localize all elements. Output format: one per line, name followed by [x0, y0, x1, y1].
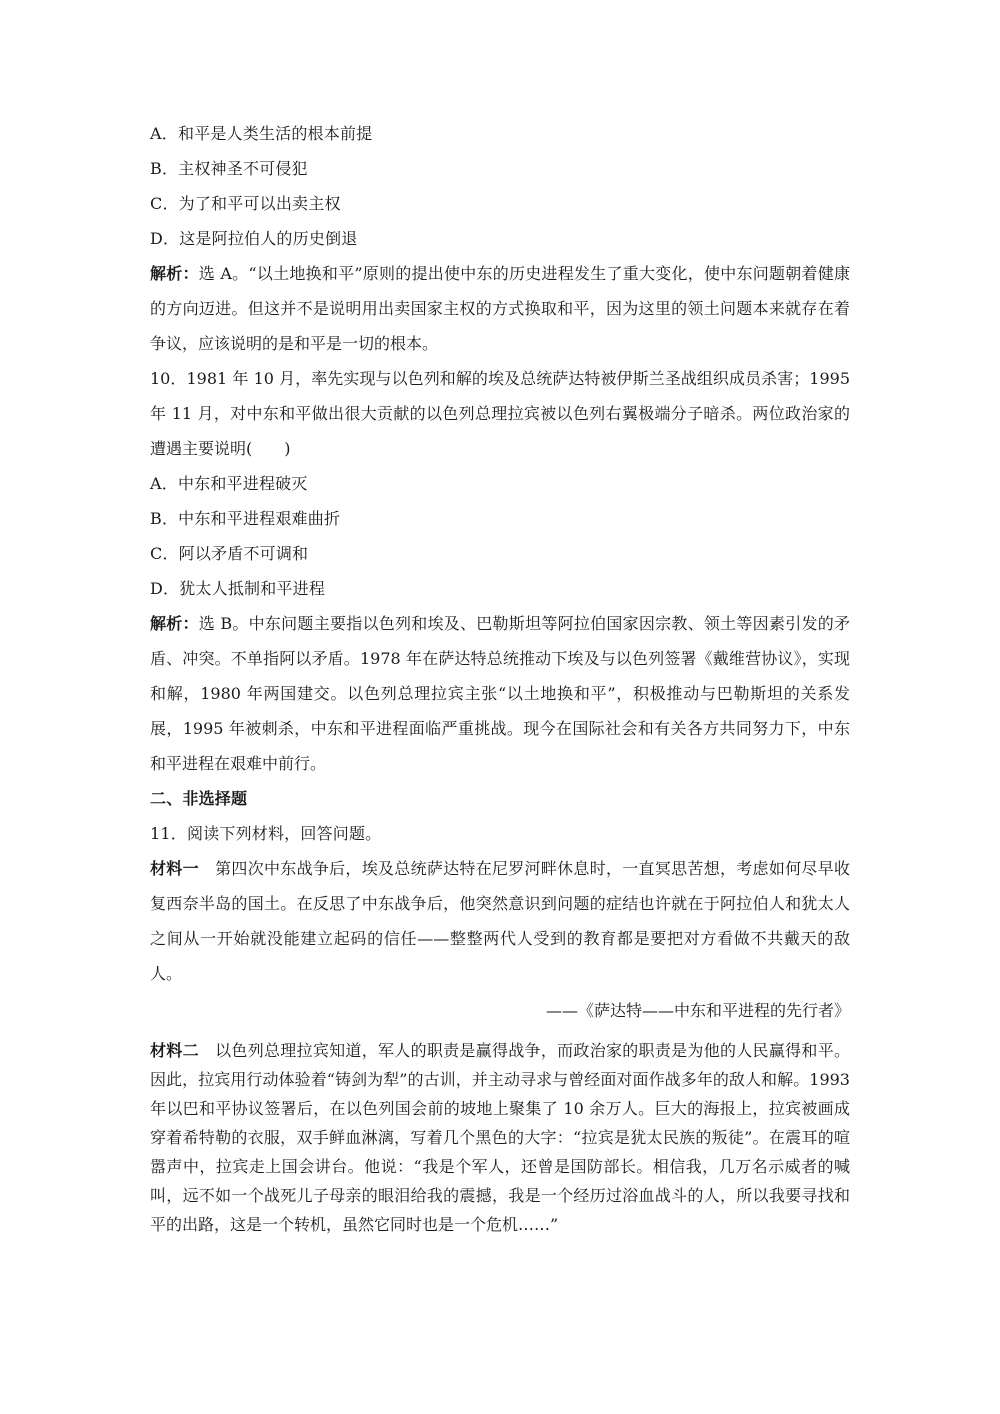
analysis-text: 选 B。中东问题主要指以色列和埃及、巴勒斯坦等阿拉伯国家因宗教、领土等因素引发的…: [150, 614, 850, 773]
material-2-label: 材料二: [150, 1041, 199, 1060]
question-9-analysis: 解析：选 A。“以土地换和平”原则的提出使中东的历史进程发生了重大变化，使中东问…: [150, 256, 850, 361]
option-d: D．犹太人抵制和平进程: [150, 571, 850, 606]
document-page: A．和平是人类生活的根本前提 B．主权神圣不可侵犯 C．为了和平可以出卖主权 D…: [150, 116, 850, 1239]
question-10-options: A．中东和平进程破灭 B．中东和平进程艰难曲折 C．阿以矛盾不可调和 D．犹太人…: [150, 466, 850, 606]
material-1: 材料一 第四次中东战争后，埃及总统萨达特在尼罗河畔休息时，一直冥思苦想，考虑如何…: [150, 851, 850, 991]
question-10-stem: 10．1981 年 10 月，率先实现与以色列和解的埃及总统萨达特被伊斯兰圣战组…: [150, 361, 850, 466]
option-c: C．阿以矛盾不可调和: [150, 536, 850, 571]
analysis-label: 解析：: [150, 264, 199, 283]
option-b: B．主权神圣不可侵犯: [150, 151, 850, 186]
option-c: C．为了和平可以出卖主权: [150, 186, 850, 221]
analysis-label: 解析：: [150, 614, 199, 633]
material-2-text: 以色列总理拉宾知道，军人的职责是赢得战争，而政治家的职责是为他的人民赢得和平。因…: [150, 1041, 850, 1234]
material-1-label: 材料一: [150, 859, 199, 878]
material-2: 材料二 以色列总理拉宾知道，军人的职责是赢得战争，而政治家的职责是为他的人民赢得…: [150, 1036, 850, 1239]
question-10-analysis: 解析：选 B。中东问题主要指以色列和埃及、巴勒斯坦等阿拉伯国家因宗教、领土等因素…: [150, 606, 850, 781]
question-9-options: A．和平是人类生活的根本前提 B．主权神圣不可侵犯 C．为了和平可以出卖主权 D…: [150, 116, 850, 256]
material-1-text: 第四次中东战争后，埃及总统萨达特在尼罗河畔休息时，一直冥思苦想，考虑如何尽早收复…: [150, 859, 850, 983]
section-heading: 二、非选择题: [150, 781, 850, 816]
option-b: B．中东和平进程艰难曲折: [150, 501, 850, 536]
option-a: A．中东和平进程破灭: [150, 466, 850, 501]
analysis-text: 选 A。“以土地换和平”原则的提出使中东的历史进程发生了重大变化，使中东问题朝着…: [150, 264, 850, 353]
material-1-source: ——《萨达特——中东和平进程的先行者》: [150, 993, 850, 1028]
option-a: A．和平是人类生活的根本前提: [150, 116, 850, 151]
option-d: D．这是阿拉伯人的历史倒退: [150, 221, 850, 256]
question-11-stem: 11．阅读下列材料，回答问题。: [150, 816, 850, 851]
